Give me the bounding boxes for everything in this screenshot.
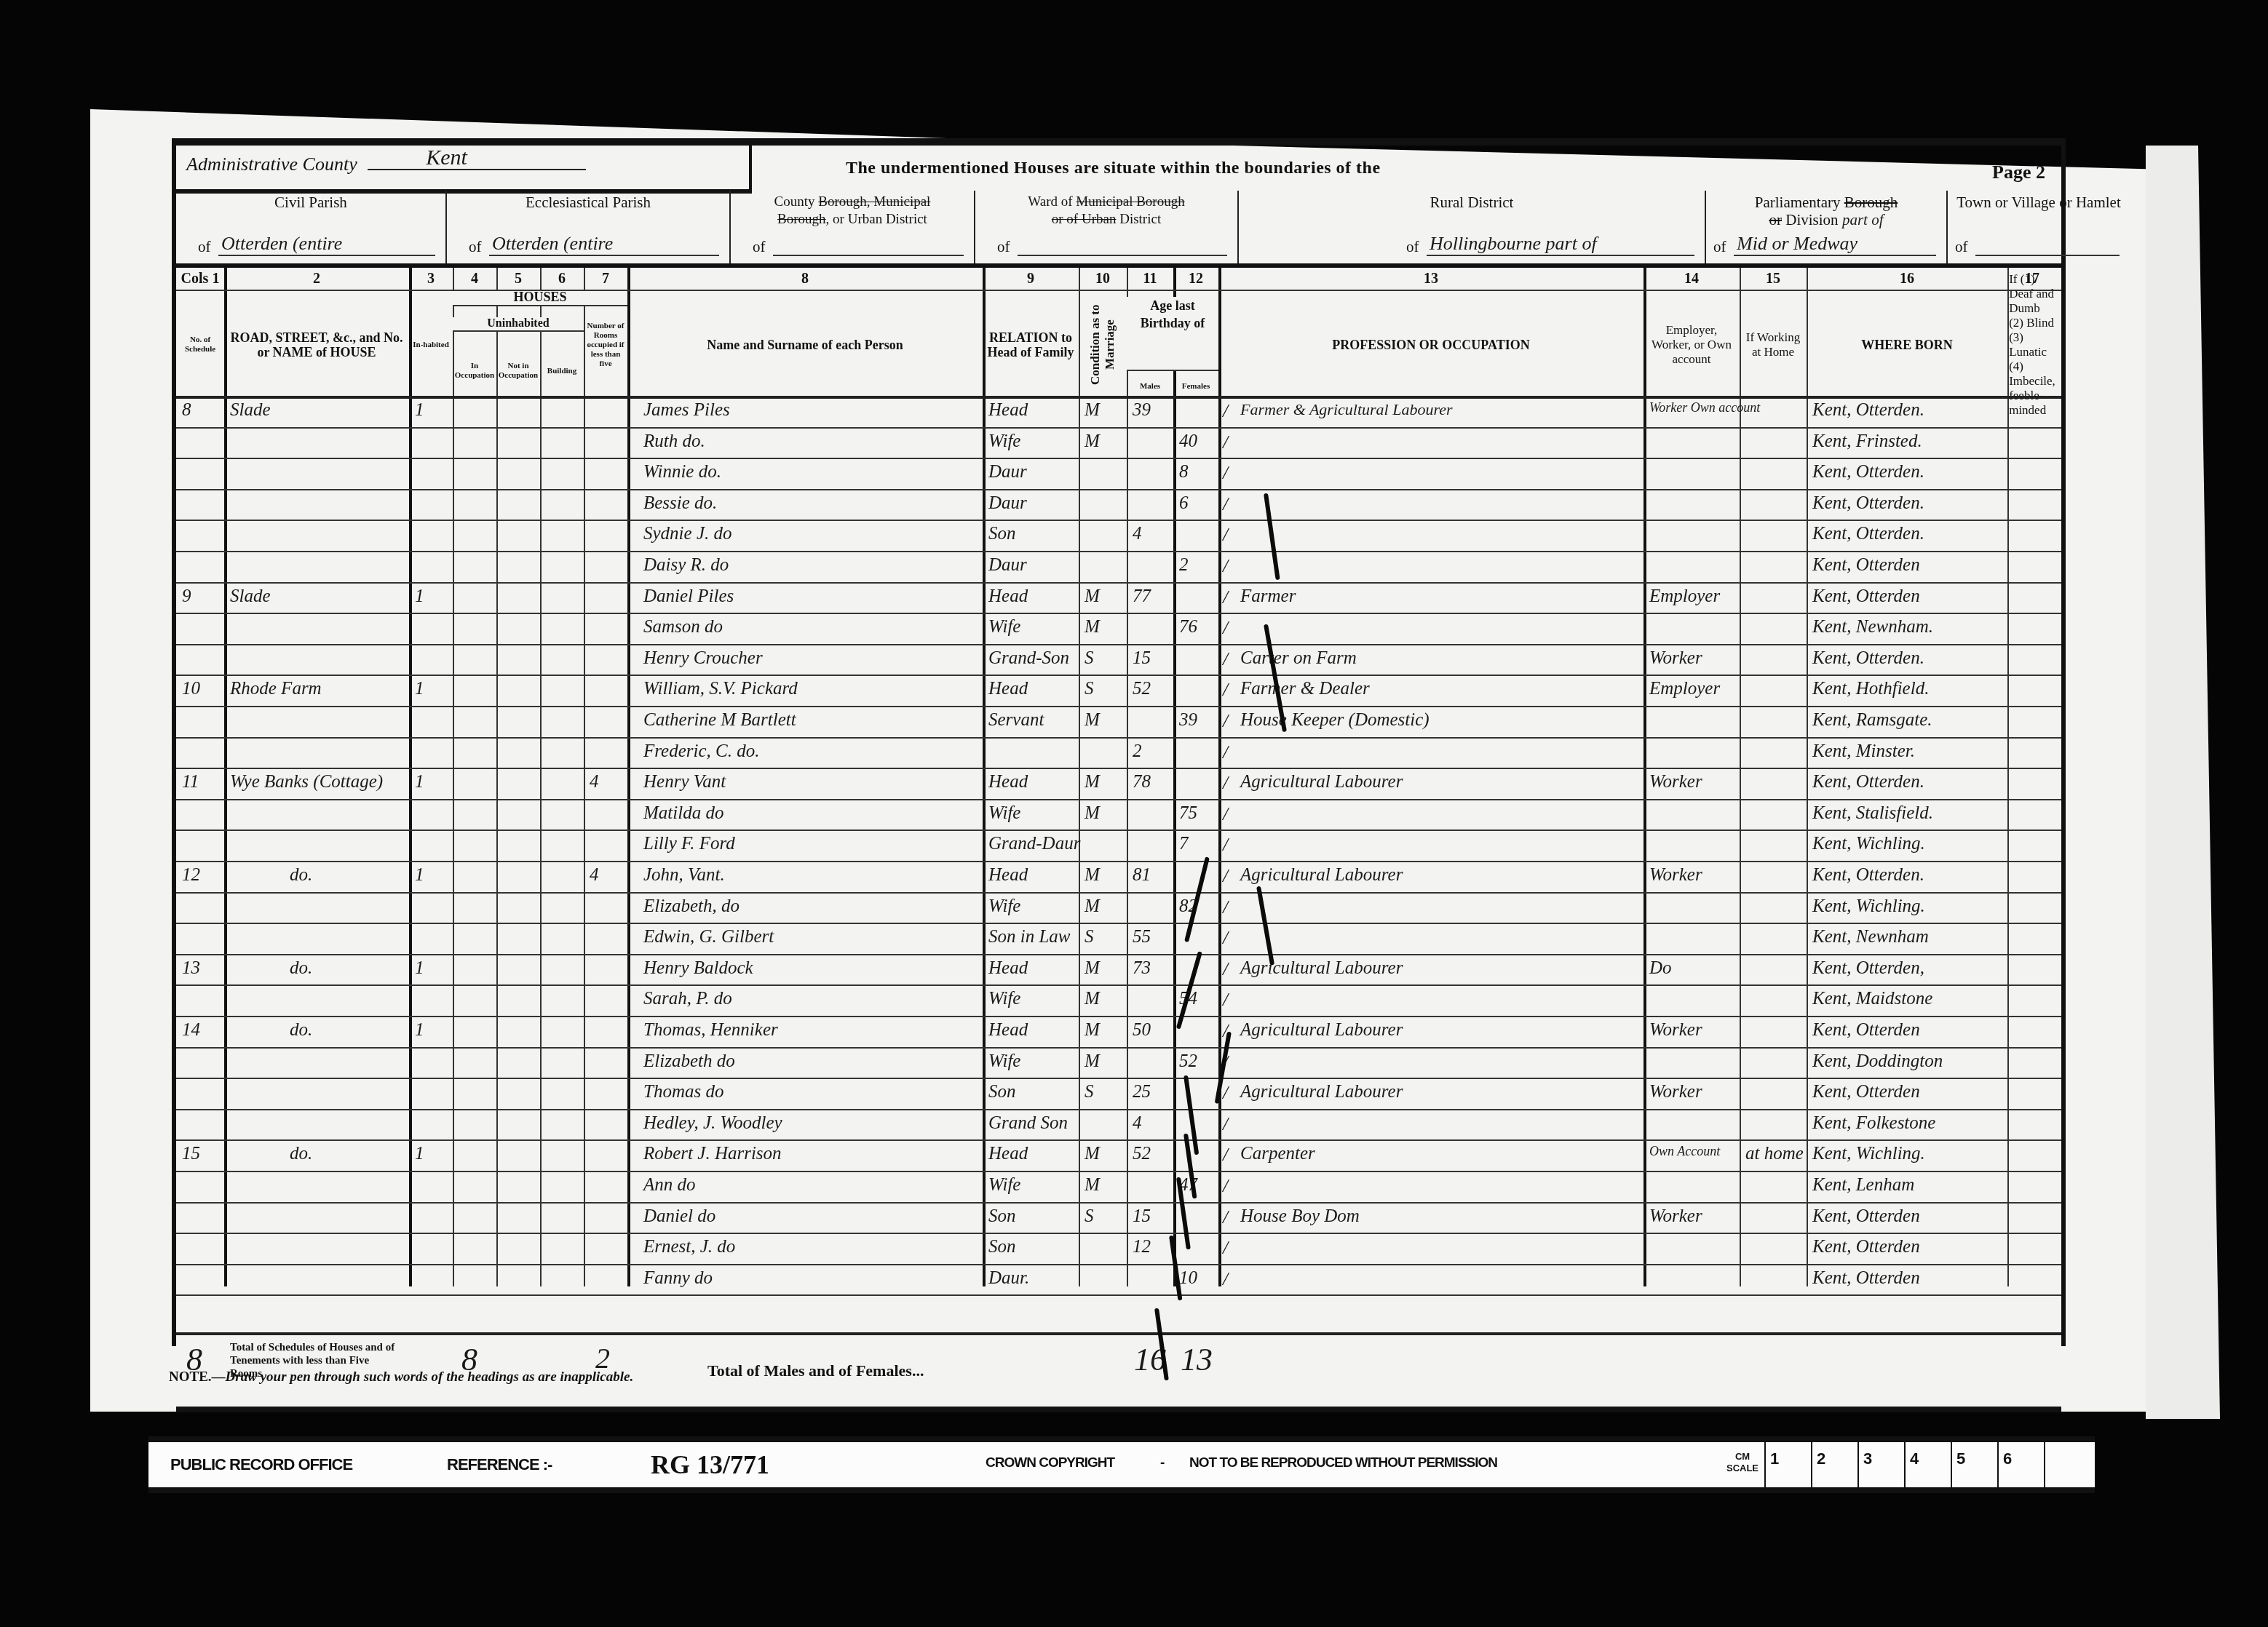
relation: Head <box>988 865 1028 886</box>
female-age: 40 <box>1179 431 1197 452</box>
column-header: In Occupation <box>453 348 496 394</box>
checkmark-icon: / <box>1223 710 1228 732</box>
relation: Son <box>988 1082 1016 1102</box>
schedule-number: 13 <box>182 958 200 979</box>
scale-label: CM SCALE <box>1721 1442 1764 1487</box>
male-age: 25 <box>1133 1082 1151 1102</box>
female-age: 10 <box>1179 1268 1197 1289</box>
column-header: Not in Occupation <box>496 348 540 394</box>
checkmark-icon: / <box>1223 803 1228 825</box>
relation: Wife <box>988 617 1020 637</box>
address: do. <box>290 1144 312 1164</box>
address: Slade <box>230 400 271 421</box>
person-name: Sarah, P. do <box>643 989 732 1009</box>
male-age: 73 <box>1133 958 1151 979</box>
inhabited: 1 <box>415 679 424 699</box>
employment-status: Worker <box>1649 1020 1702 1041</box>
condition: M <box>1085 431 1100 452</box>
employment-status: Worker <box>1649 772 1702 792</box>
female-age: 7 <box>1179 834 1189 854</box>
birthplace: Kent, Lenham <box>1812 1175 1914 1196</box>
birthplace: Kent, Stalisfield. <box>1812 803 1933 824</box>
birthplace: Kent, Frinsted. <box>1812 431 1922 452</box>
occupation: House Boy Dom <box>1240 1206 1360 1227</box>
ward-field: Ward of Municipal Borough or of Urban Di… <box>975 191 1239 263</box>
column-number: 12 <box>1173 271 1218 287</box>
scale-mark: 3 <box>1857 1442 1904 1487</box>
of-label: of <box>198 238 211 256</box>
table-row: 8Slade1James PilesHeadM39Farmer & Agricu… <box>176 397 2061 429</box>
checkmark-icon: / <box>1223 741 1228 763</box>
male-age: 55 <box>1133 927 1151 947</box>
condition: M <box>1085 1020 1100 1041</box>
male-age: 81 <box>1133 865 1151 886</box>
civil-parish-value: Otterden (entire <box>221 233 342 255</box>
column-header: RELATION to Head of Family <box>983 293 1079 397</box>
inhabited: 1 <box>415 586 424 607</box>
relation: Head <box>988 958 1028 979</box>
column-header: In-habited <box>409 293 453 397</box>
table-row: Winnie do.Daur8Kent, Otterden./ <box>176 459 2061 490</box>
birthplace: Kent, Minster. <box>1812 741 1915 762</box>
person-name: Frederic, C. do. <box>643 741 759 762</box>
checkmark-icon: / <box>1223 1175 1228 1197</box>
table-row: Daisy R. doDaur2Kent, Otterden/ <box>176 552 2061 584</box>
schedule-number: 14 <box>182 1020 200 1041</box>
employment-status: Employer <box>1649 586 1720 607</box>
column-header: PROFESSION OR OCCUPATION <box>1218 293 1643 397</box>
checkmark-icon: / <box>1223 555 1228 577</box>
birthplace: Kent, Newnham <box>1812 927 1929 947</box>
page-edge <box>2146 146 2233 1419</box>
male-age: 77 <box>1133 586 1151 607</box>
column-number: 10 <box>1079 271 1127 287</box>
total-females: 13 <box>1181 1341 1213 1378</box>
inhabited: 1 <box>415 400 424 421</box>
condition: M <box>1085 1051 1100 1072</box>
employment-status: Own Account <box>1649 1144 1720 1159</box>
person-name: Henry Baldock <box>643 958 753 979</box>
note-text: Draw your pen through such words of the … <box>226 1369 634 1385</box>
condition: S <box>1085 927 1094 947</box>
birthplace: Kent, Otterden. <box>1812 865 1924 886</box>
occupation: Agricultural Labourer <box>1240 772 1403 792</box>
occupation: Agricultural Labourer <box>1240 958 1403 979</box>
condition: M <box>1085 1175 1100 1196</box>
column-header: If Working at Home <box>1740 293 1807 397</box>
schedule-number: 10 <box>182 679 200 699</box>
divider <box>176 1332 2061 1335</box>
birthplace: Kent, Otterden <box>1812 555 1920 576</box>
table-row: Sarah, P. doWifeM54Kent, Maidstone/ <box>176 986 2061 1017</box>
table-row: 10Rhode Farm1William, S.V. PickardHeadS5… <box>176 676 2061 707</box>
employment-status: Employer <box>1649 679 1720 699</box>
occupation: Farmer & Dealer <box>1240 679 1370 699</box>
birthplace: Kent, Wichling. <box>1812 896 1925 917</box>
inhabited: 1 <box>415 1020 424 1041</box>
person-name: Catherine M Bartlett <box>643 710 796 731</box>
address: do. <box>290 1020 312 1041</box>
birthplace: Kent, Otterden. <box>1812 400 1924 421</box>
schedule-number: 15 <box>182 1144 200 1164</box>
table-row: Hedley, J. WoodleyGrand Son4Kent, Folkes… <box>176 1110 2061 1142</box>
person-name: Elizabeth, do <box>643 896 740 917</box>
civil-parish-label: Civil Parish <box>176 194 445 211</box>
relation: Son <box>988 1237 1016 1257</box>
scale-mark: 6 <box>1997 1442 2044 1487</box>
reference-number: RG 13/771 <box>651 1449 769 1480</box>
footer-note: NOTE.—Draw your pen through such words o… <box>169 1369 633 1385</box>
boundaries-statement: The undermentioned Houses are situate wi… <box>846 159 1381 178</box>
column-number: 14 <box>1643 271 1740 287</box>
relation: Wife <box>988 803 1020 824</box>
birthplace: Kent, Otterden, <box>1812 958 1924 979</box>
of-label: of <box>1406 238 1419 256</box>
table-row: Samson doWifeM76Kent, Newnham./ <box>176 614 2061 645</box>
inhabited: 1 <box>415 772 424 792</box>
table-row: Edwin, G. GilbertSon in LawS55Kent, Newn… <box>176 924 2061 955</box>
column-number: 8 <box>627 271 983 287</box>
reference-label: REFERENCE :- <box>447 1455 552 1474</box>
checkmark-icon: / <box>1223 865 1228 887</box>
person-name: John, Vant. <box>643 865 725 886</box>
scale-mark: 1 <box>1764 1442 1811 1487</box>
table-row: Ruth do.WifeM40Kent, Frinsted./ <box>176 429 2061 460</box>
person-name: Edwin, G. Gilbert <box>643 927 774 947</box>
relation: Head <box>988 1020 1028 1041</box>
column-number: 6 <box>540 271 584 287</box>
birthplace: Kent, Otterden. <box>1812 772 1924 792</box>
schedule-number: 11 <box>182 772 199 792</box>
occupation: House Keeper (Domestic) <box>1240 710 1430 731</box>
column-number: 11 <box>1127 271 1173 287</box>
birthplace: Kent, Newnham. <box>1812 617 1933 637</box>
address: Wye Banks (Cottage) <box>230 772 383 792</box>
person-name: Thomas do <box>643 1082 723 1102</box>
column-number: 13 <box>1218 271 1643 287</box>
relation: Head <box>988 1144 1028 1164</box>
person-name: William, S.V. Pickard <box>643 679 798 699</box>
birthplace: Kent, Otterden. <box>1812 524 1924 544</box>
table-row: Lilly F. FordGrand-Daur7Kent, Wichling./ <box>176 831 2061 862</box>
person-name: Daniel Piles <box>643 586 734 607</box>
town-village-label: Town or Village or Hamlet <box>1919 194 2159 211</box>
condition: S <box>1085 648 1094 669</box>
condition: M <box>1085 710 1100 731</box>
female-age: 2 <box>1179 555 1189 576</box>
column-number: 2 <box>224 271 409 287</box>
condition: M <box>1085 989 1100 1009</box>
birthplace: Kent, Hothfield. <box>1812 679 1929 699</box>
inhabited: 1 <box>415 958 424 979</box>
administrative-county-value: Kent <box>426 146 467 170</box>
checkmark-icon: / <box>1223 958 1228 980</box>
houses-group-header: HOUSES <box>453 290 627 306</box>
male-age: 15 <box>1133 1206 1151 1227</box>
condition: S <box>1085 1206 1094 1227</box>
checkmark-icon: / <box>1223 1144 1228 1166</box>
checkmark-icon: / <box>1223 927 1228 949</box>
column-header: No. of Schedule <box>176 293 224 397</box>
of-label: of <box>1713 238 1726 256</box>
county-borough-field: County Borough, Municipal Borough, or Ur… <box>731 191 975 263</box>
administrative-county-label: Administrative County <box>186 154 357 175</box>
birthplace: Kent, Otterden. <box>1812 648 1924 669</box>
birthplace: Kent, Wichling. <box>1812 1144 1925 1164</box>
relation: Wife <box>988 989 1020 1009</box>
table-row: Elizabeth, doWifeM82Kent, Wichling./ <box>176 894 2061 925</box>
person-name: Ann do <box>643 1175 696 1196</box>
checkmark-icon: / <box>1223 431 1228 453</box>
top-border <box>176 138 2061 146</box>
occupation: Farmer <box>1240 586 1296 607</box>
person-name: Daisy R. do <box>643 555 729 576</box>
table-row: Ernest, J. doSon12Kent, Otterden/ <box>176 1234 2061 1265</box>
occupation: Agricultural Labourer <box>1240 1082 1403 1102</box>
age-group-header: Age last Birthday of <box>1127 297 1218 371</box>
person-name: James Piles <box>643 400 730 421</box>
birthplace: Kent, Otterden. <box>1812 462 1924 482</box>
checkmark-icon: / <box>1223 617 1228 639</box>
copyright-label: CROWN COPYRIGHT <box>986 1455 1114 1471</box>
relation: Daur <box>988 555 1027 576</box>
table-row: 11Wye Banks (Cottage)14Henry VantHeadM78… <box>176 769 2061 800</box>
address: Slade <box>230 586 271 607</box>
of-label: of <box>469 238 482 256</box>
address: do. <box>290 865 312 886</box>
header-top-row: Administrative County Kent The underment… <box>176 146 2061 186</box>
birthplace: Kent, Otterden <box>1812 1237 1920 1257</box>
birthplace: Kent, Otterden. <box>1812 493 1924 514</box>
relation: Wife <box>988 896 1020 917</box>
column-header: WHERE BORN <box>1807 293 2007 397</box>
person-name: Lilly F. Ford <box>643 834 735 854</box>
divider <box>176 290 2061 291</box>
census-table: Cols 1No. of Schedule2ROAD, STREET, &c.,… <box>176 268 2061 1286</box>
column-number: 9 <box>983 271 1079 287</box>
rural-district-field: Rural District of Hollingbourne part of <box>1239 191 1706 263</box>
table-row: 15do.1Robert J. HarrisonHeadM52Carpenter… <box>176 1141 2061 1172</box>
of-label: of <box>753 238 766 256</box>
column-header: Females <box>1173 377 1218 396</box>
field-line <box>1018 237 1227 256</box>
person-name: Ernest, J. do <box>643 1237 735 1257</box>
column-number: Cols 1 <box>176 271 224 287</box>
relation: Head <box>988 772 1028 792</box>
rural-district-value: Hollingbourne part of <box>1430 233 1597 255</box>
employment-status: Worker Own account <box>1649 400 1760 415</box>
census-form: Administrative County Kent The underment… <box>172 138 2066 1346</box>
employment-status: Worker <box>1649 865 1702 886</box>
condition: M <box>1085 896 1100 917</box>
relation: Daur <box>988 462 1027 482</box>
checkmark-icon: / <box>1223 1206 1228 1228</box>
scale-mark: 2 <box>1811 1442 1857 1487</box>
male-age: 4 <box>1133 1113 1142 1134</box>
table-row: 9Slade1Daniel PilesHeadM77FarmerEmployer… <box>176 584 2061 615</box>
birthplace: Kent, Otterden <box>1812 586 1920 607</box>
column-number: 5 <box>496 271 540 287</box>
birthplace: Kent, Ramsgate. <box>1812 710 1932 731</box>
record-office-strip: PUBLIC RECORD OFFICE REFERENCE :- RG 13/… <box>148 1436 2095 1493</box>
checkmark-icon: / <box>1223 648 1228 670</box>
parliamentary-division-field: Parliamentary Borough or Division part o… <box>1706 191 1948 263</box>
field-line <box>1975 237 2120 256</box>
bottom-border <box>176 1407 2061 1412</box>
checkmark-icon: / <box>1223 679 1228 701</box>
checkmark-icon: / <box>1223 1113 1228 1135</box>
person-name: Fanny do <box>643 1268 713 1289</box>
schedule-number: 8 <box>182 400 191 421</box>
employment-status: Worker <box>1649 648 1702 669</box>
male-age: 15 <box>1133 648 1151 669</box>
birthplace: Kent, Maidstone <box>1812 989 1932 1009</box>
inhabited: 1 <box>415 1144 424 1164</box>
male-age: 52 <box>1133 1144 1151 1164</box>
town-village-field: Town or Village or Hamlet of <box>1948 191 2061 263</box>
table-row: Catherine M BartlettServantM39House Keep… <box>176 707 2061 739</box>
birthplace: Kent, Otterden <box>1812 1206 1920 1227</box>
relation: Daur. <box>988 1268 1029 1289</box>
condition: M <box>1085 772 1100 792</box>
person-name: Thomas, Henniker <box>643 1020 778 1041</box>
person-name: Ruth do. <box>643 431 705 452</box>
relation: Wife <box>988 1175 1020 1196</box>
birthplace: Kent, Otterden <box>1812 1020 1920 1041</box>
checkmark-icon: / <box>1223 1268 1228 1290</box>
person-name: Samson do <box>643 617 723 637</box>
condition: M <box>1085 400 1100 421</box>
ecclesiastical-parish-value: Otterden (entire <box>492 233 613 255</box>
table-row: Matilda doWifeM75Kent, Stalisfield./ <box>176 800 2061 832</box>
relation: Grand Son <box>988 1113 1068 1134</box>
person-name: Winnie do. <box>643 462 721 482</box>
table-row: Thomas doSonS25Agricultural LabourerWork… <box>176 1079 2061 1110</box>
person-name: Daniel do <box>643 1206 715 1227</box>
checkmark-icon: / <box>1223 586 1228 608</box>
column-number: 3 <box>409 271 453 287</box>
column-number: 16 <box>1807 271 2007 287</box>
relation: Head <box>988 679 1028 699</box>
person-name: Bessie do. <box>643 493 717 514</box>
table-row: Frederic, C. do.2Kent, Minster./ <box>176 739 2061 770</box>
relation: Grand-Son <box>988 648 1069 669</box>
column-number: 4 <box>453 271 496 287</box>
table-row: Bessie do.Daur6Kent, Otterden./ <box>176 490 2061 522</box>
person-name: Robert J. Harrison <box>643 1144 782 1164</box>
administrative-county: Administrative County Kent <box>186 151 586 175</box>
address: Rhode Farm <box>230 679 322 699</box>
occupation: Carter on Farm <box>1240 648 1357 669</box>
table-row: Henry CroucherGrand-SonS15Carter on Farm… <box>176 645 2061 677</box>
person-name: Elizabeth do <box>643 1051 735 1072</box>
county-borough-label: County Borough, Municipal Borough, or Ur… <box>731 194 974 228</box>
checkmark-icon: / <box>1223 989 1228 1011</box>
column-number: 7 <box>584 271 627 287</box>
header-boundaries-row: Civil Parish of Otterden (entire Ecclesi… <box>176 191 2061 265</box>
checkmark-icon: / <box>1223 400 1228 422</box>
of-label: of <box>997 238 1010 256</box>
checkmark-icon: / <box>1223 524 1228 546</box>
condition: M <box>1085 617 1100 637</box>
ecclesiastical-parish-label: Ecclesiastical Parish <box>447 194 729 211</box>
birthplace: Kent, Wichling. <box>1812 834 1925 854</box>
checkmark-icon: / <box>1223 772 1228 794</box>
checkmark-icon: / <box>1223 896 1228 918</box>
male-age: 52 <box>1133 679 1151 699</box>
column-header: Males <box>1127 377 1173 396</box>
relation: Daur <box>988 493 1027 514</box>
parliamentary-division-value: Mid or Medway <box>1737 233 1857 255</box>
female-age: 52 <box>1179 1051 1197 1072</box>
birthplace: Kent, Doddington <box>1812 1051 1943 1072</box>
cm-scale: CM SCALE 1 2 3 4 5 6 <box>1721 1442 2138 1487</box>
employment-status: Do <box>1649 958 1672 979</box>
person-name: Hedley, J. Woodley <box>643 1113 782 1134</box>
male-age: 2 <box>1133 741 1142 762</box>
scale-mark <box>2044 1442 2138 1487</box>
male-age: 4 <box>1133 524 1142 544</box>
column-header: Number of Rooms occupied if less than fi… <box>584 293 627 397</box>
occupation: Farmer & Agricultural Labourer <box>1240 400 1453 419</box>
field-line <box>773 237 964 256</box>
relation: Head <box>988 400 1028 421</box>
column-header: ROAD, STREET, &c., and No. or NAME of HO… <box>224 293 409 397</box>
occupation: Agricultural Labourer <box>1240 865 1403 886</box>
table-row: 14do.1Thomas, HennikerHeadM50Agricultura… <box>176 1017 2061 1049</box>
relation: Head <box>988 586 1028 607</box>
table-row: Daniel doSonS15House Boy DomWorkerKent, … <box>176 1204 2061 1235</box>
female-age: 8 <box>1179 462 1189 482</box>
schedule-number: 9 <box>182 586 191 607</box>
column-header: Building <box>540 348 584 394</box>
working-at-home: at home <box>1745 1144 1804 1164</box>
table-row: Ann doWifeM47Kent, Lenham/ <box>176 1172 2061 1204</box>
inhabited: 1 <box>415 865 424 886</box>
checkmark-icon: / <box>1223 1237 1228 1259</box>
scale-mark: 5 <box>1951 1442 1997 1487</box>
column-number: 15 <box>1740 271 1807 287</box>
column-header: Name and Surname of each Person <box>627 293 983 397</box>
relation: Servant <box>988 710 1044 731</box>
birthplace: Kent, Otterden <box>1812 1082 1920 1102</box>
relation: Son <box>988 1206 1016 1227</box>
rural-district-label: Rural District <box>1239 194 1705 211</box>
employment-status: Worker <box>1649 1206 1702 1227</box>
condition: M <box>1085 1144 1100 1164</box>
male-age: 12 <box>1133 1237 1151 1257</box>
condition: S <box>1085 1082 1094 1102</box>
relation: Wife <box>988 1051 1020 1072</box>
male-age: 39 <box>1133 400 1151 421</box>
employment-status: Worker <box>1649 1082 1702 1102</box>
uninhabited-group-header: Uninhabited <box>453 317 584 332</box>
note-prefix: NOTE.— <box>169 1369 226 1385</box>
checkmark-icon: / <box>1223 493 1228 515</box>
relation: Grand-Daur <box>988 834 1080 854</box>
birthplace: Kent, Otterden <box>1812 1268 1920 1289</box>
checkmark-icon: / <box>1223 462 1228 484</box>
occupation: Carpenter <box>1240 1144 1315 1164</box>
person-name: Sydnie J. do <box>643 524 731 544</box>
table-row: Fanny doDaur.10Kent, Otterden/ <box>176 1265 2061 1297</box>
address: do. <box>290 958 312 979</box>
person-name: Matilda do <box>643 803 723 824</box>
female-age: 6 <box>1179 493 1189 514</box>
column-header: Employer, Worker, or Own account <box>1643 293 1740 397</box>
ecclesiastical-parish-field: Ecclesiastical Parish of Otterden (entir… <box>447 191 731 263</box>
ward-label: Ward of Municipal Borough or of Urban Di… <box>975 194 1237 228</box>
